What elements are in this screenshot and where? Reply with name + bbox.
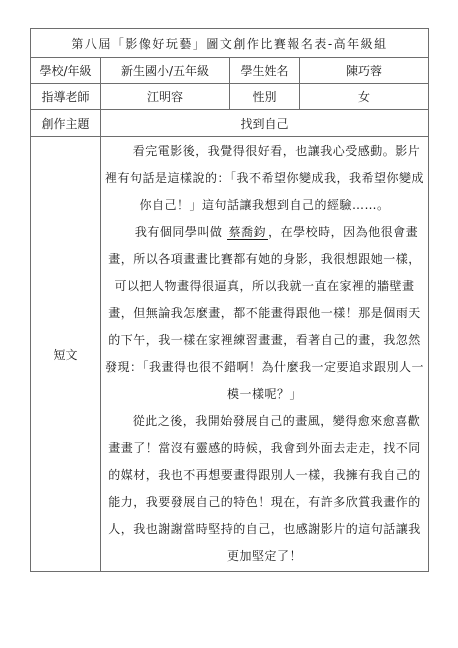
gender-label: 性別 <box>230 84 300 110</box>
essay-paragraph-3: 從此之後，我開始發展自己的畫風，變得愈來愈喜歡畫畫了！當沒有靈感的時候，我會到外… <box>103 408 426 570</box>
essay-row: 短文 看完電影後，我覺得很好看，也讓我心受感動。影片裡有句話是這樣說的：「我不希… <box>31 137 429 572</box>
student-name-label: 學生姓名 <box>230 58 300 84</box>
school-grade-value: 新生國小/五年級 <box>101 58 230 84</box>
form-title: 第八屆「影像好玩藝」圖文創作比賽報名表-高年級組 <box>31 29 429 58</box>
student-name-value: 陳巧蓉 <box>300 58 429 84</box>
form-page: 第八屆「影像好玩藝」圖文創作比賽報名表-高年級組 學校/年級 新生國小/五年級 … <box>0 0 458 648</box>
school-grade-label: 學校/年級 <box>31 58 101 84</box>
title-row: 第八屆「影像好玩藝」圖文創作比賽報名表-高年級組 <box>31 29 429 58</box>
registration-form-table: 第八屆「影像好玩藝」圖文創作比賽報名表-高年級組 學校/年級 新生國小/五年級 … <box>30 28 429 572</box>
gender-value: 女 <box>300 84 429 110</box>
classmate-name-underlined: 蔡喬鈞 <box>227 225 269 240</box>
essay-content: 看完電影後，我覺得很好看，也讓我心受感動。影片裡有句話是這樣說的：「我不希望你變… <box>101 137 429 572</box>
teacher-value: 江明容 <box>101 84 230 110</box>
theme-row: 創作主題 找到自己 <box>31 110 429 137</box>
essay-p2-text-before: 我有個同學叫做 <box>135 225 227 239</box>
teacher-gender-row: 指導老師 江明容 性別 女 <box>31 84 429 110</box>
essay-paragraph-2: 我有個同學叫做 蔡喬鈞，在學校時，因為他很會畫畫，所以各項畫畫比賽都有她的身影，… <box>103 219 426 408</box>
theme-label: 創作主題 <box>31 110 101 137</box>
teacher-label: 指導老師 <box>31 84 101 110</box>
school-student-row: 學校/年級 新生國小/五年級 學生姓名 陳巧蓉 <box>31 58 429 84</box>
essay-label: 短文 <box>31 137 101 572</box>
essay-p2-text-after: ，在學校時，因為他很會畫畫，所以各項畫畫比賽都有她的身影，我很想跟她一樣，可以把… <box>105 225 424 401</box>
essay-paragraph-1: 看完電影後，我覺得很好看，也讓我心受感動。影片裡有句話是這樣說的：「我不希望你變… <box>103 138 426 219</box>
theme-value: 找到自己 <box>101 110 429 137</box>
